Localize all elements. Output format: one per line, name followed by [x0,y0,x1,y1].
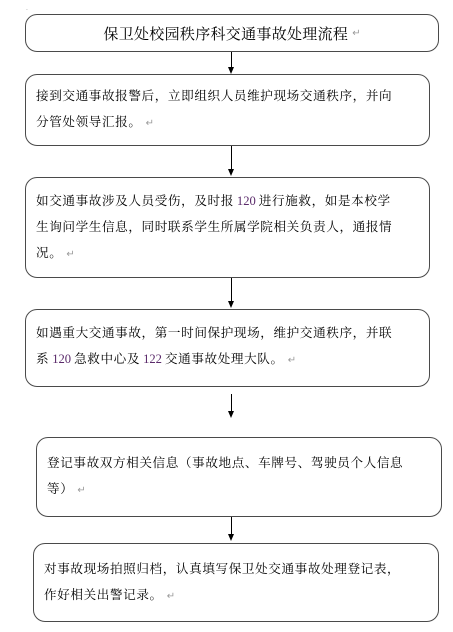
step-4-box: 登记事故双方相关信息（事故地点、车牌号、驾驶员个人信息 等）↵ [36,437,442,517]
step-2-line-1: 如交通事故涉及人员受伤，及时报120进行施救，如是本校学 [36,188,419,214]
step-1-line-1: 接到交通事故报警后，立即组织人员维护现场交通秩序，并向 [36,83,419,109]
step-1-line-2: 分管处领导汇报。 [36,114,142,129]
paragraph-mark-icon: ↵ [352,28,360,39]
flowchart-title: 保卫处校园秩序科交通事故处理流程 [103,23,348,44]
corner-mark: . [26,5,28,12]
step-2-box: 如交通事故涉及人员受伤，及时报120进行施救，如是本校学 生询问学生信息，同时联… [25,177,430,278]
phone-number: 122 [140,352,165,366]
step-5-line-2: 作好相关出警记录。 [44,587,163,602]
step-3-line-1: 如遇重大交通事故，第一时间保护现场，维护交通秩序，并联 [36,320,419,346]
step-3-line-2: 系120急救中心及122交通事故处理大队。↵ [36,346,419,374]
phone-number: 120 [49,352,74,366]
step-2-line-2: 生询问学生信息，同时联系学生所属学院相关负责人，通报情 [36,214,419,240]
step-3-box: 如遇重大交通事故，第一时间保护现场，维护交通秩序，并联 系120急救中心及122… [25,309,430,387]
paragraph-mark-icon: ↵ [146,118,154,129]
step-2-line-3: 况。 [36,245,62,260]
step-1-box: 接到交通事故报警后，立即组织人员维护现场交通秩序，并向 分管处领导汇报。↵ [25,74,430,146]
step-5-line-1: 对事故现场拍照归档，认真填写保卫处交通事故处理登记表， [44,556,428,582]
flowchart-title-box: 保卫处校园秩序科交通事故处理流程↵ [25,14,439,52]
paragraph-mark-icon: ↵ [66,249,74,260]
phone-number: 120 [234,194,259,208]
paragraph-mark-icon: ↵ [77,485,85,496]
step-4-line-2: 等） [47,481,73,496]
step-5-box: 对事故现场拍照归档，认真填写保卫处交通事故处理登记表， 作好相关出警记录。↵ [33,543,439,622]
paragraph-mark-icon: ↵ [288,355,296,366]
paragraph-mark-icon: ↵ [167,591,175,602]
step-4-line-1: 登记事故双方相关信息（事故地点、车牌号、驾驶员个人信息 [47,450,431,476]
